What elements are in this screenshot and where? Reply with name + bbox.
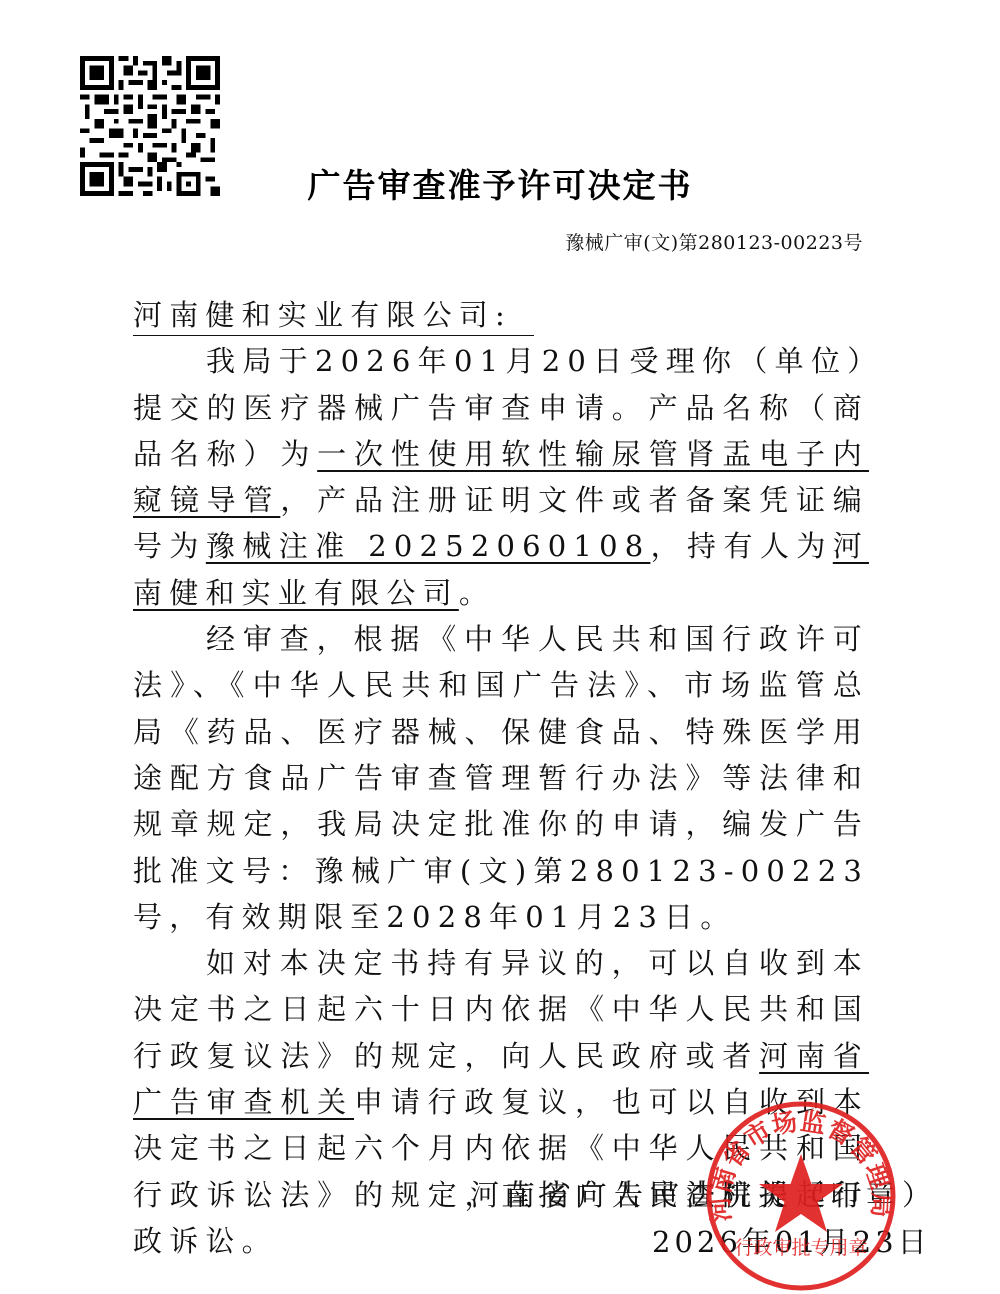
document-title: 广告审查准予许可决定书	[0, 160, 1000, 207]
seal-bottom-text: 行政审批专用章	[734, 1237, 867, 1259]
paragraph-approval: 经审查，根据《中华人民共和国行政许可法》、《中华人民共和国广告法》、市场监管总局…	[133, 616, 869, 940]
star-icon	[759, 1154, 843, 1232]
official-seal: 河南省市场监督管理局 行政审批专用章	[703, 1098, 899, 1294]
document-number: 豫械广审(文)第280123-00223号	[565, 228, 863, 255]
paragraph-acceptance: 我局于2026年01月20日受理你（单位）提交的医疗器械广告审查申请。产品名称（…	[133, 338, 869, 616]
seal-icon: 河南省市场监督管理局 行政审批专用章	[703, 1098, 899, 1294]
registration-number: 豫械注准 20252060108	[206, 529, 651, 563]
paragraph-text: 。	[459, 576, 495, 610]
addressee: 河南健和实业有限公司:	[133, 295, 534, 336]
paragraph-text: ，持有人为	[650, 529, 832, 563]
addressee-line: 河南健和实业有限公司:	[133, 292, 869, 338]
